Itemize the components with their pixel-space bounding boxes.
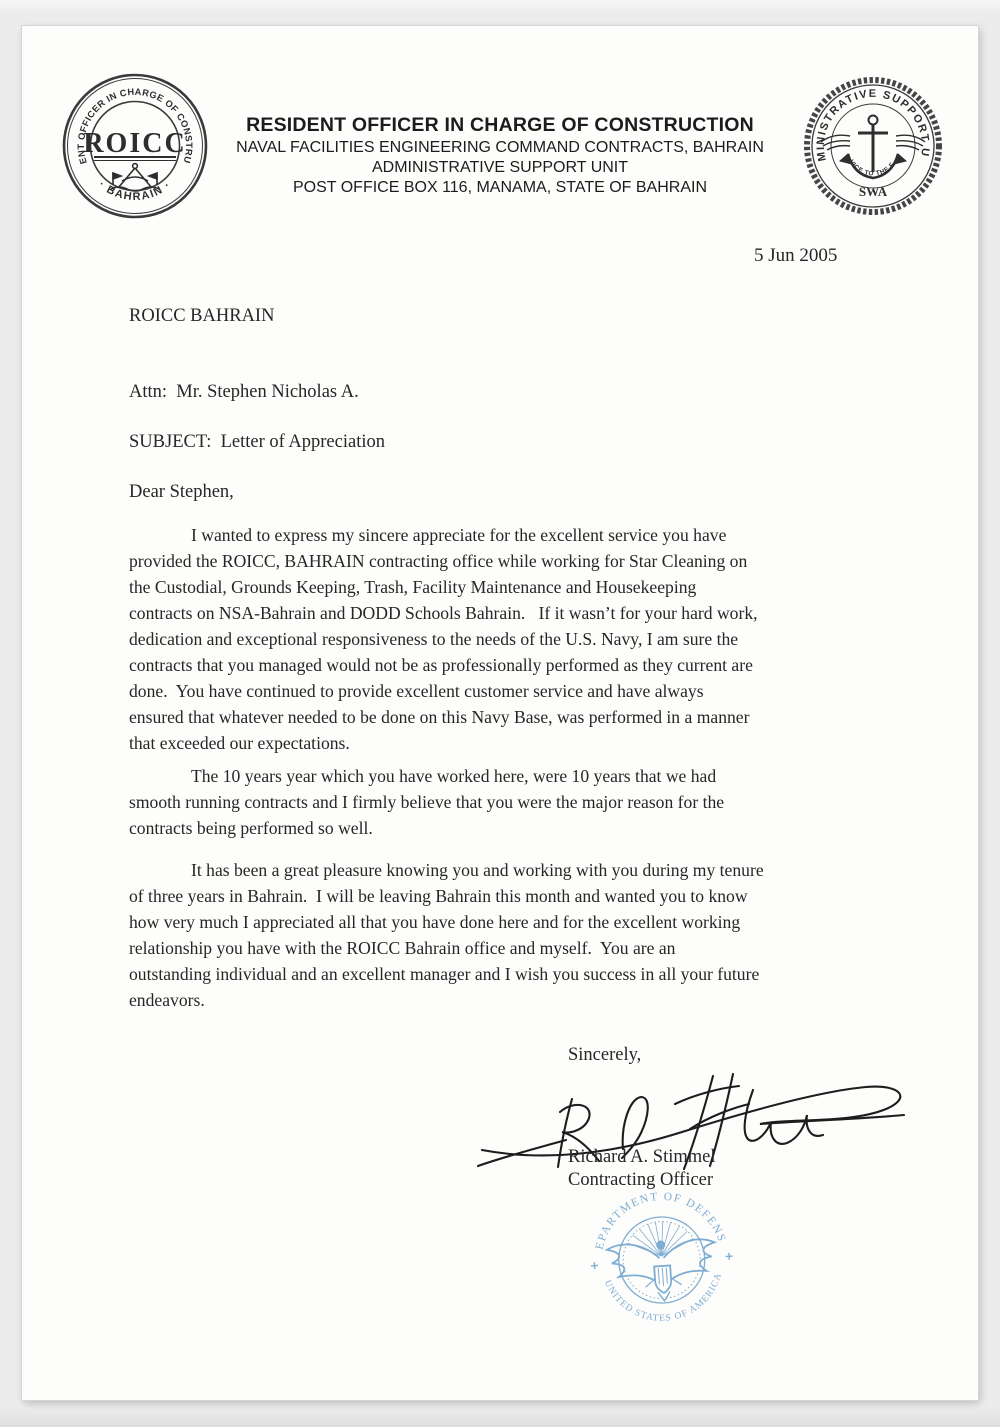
body-line: of three years in Bahrain. I will be lea… — [129, 883, 895, 909]
svg-text:ADMINISTRATIVE SUPPORT UNIT: ADMINISTRATIVE SUPPORT UNIT — [802, 75, 931, 162]
letter-from: ROICC BAHRAIN — [129, 306, 274, 327]
paragraph-3: It has been a great pleasure knowing you… — [129, 857, 895, 1013]
right-seal-bottom-text: SWA — [859, 184, 888, 199]
body-line: dedication and exceptional responsivenes… — [129, 626, 895, 652]
admin-support-unit-seal: ADMINISTRATIVE SUPPORT UNIT SERVICE TO T — [802, 75, 944, 217]
eagle-icon — [606, 1237, 718, 1305]
svg-text:UNITED STATES OF AMERICA: UNITED STATES OF AMERICA — [602, 1271, 728, 1328]
body-line: how very much I appreciated all that you… — [129, 909, 895, 935]
right-seal-ring-text: ADMINISTRATIVE SUPPORT UNIT — [802, 75, 931, 162]
letter-date: 5 Jun 2005 — [754, 245, 837, 267]
body-line: endeavors. — [129, 987, 895, 1013]
paragraph-1: I wanted to express my sincere appreciat… — [129, 522, 895, 756]
body-line: ensured that whatever needed to be done … — [129, 704, 895, 730]
letter-salutation: Dear Stephen, — [129, 482, 234, 503]
body-line: outstanding individual and an excellent … — [129, 961, 895, 987]
body-line: done. You have continued to provide exce… — [129, 678, 895, 704]
stamp-bottom-text: UNITED STATES OF AMERICA — [602, 1271, 728, 1328]
letter-page: RESIDENT OFFICER IN CHARGE OF CONSTRUCTI… — [22, 26, 978, 1400]
body-line: relationship you have with the ROICC Bah… — [129, 935, 895, 961]
body-line: the Custodial, Grounds Keeping, Trash, F… — [129, 574, 895, 600]
anchor-icon — [840, 116, 906, 179]
body-line: contracts being performed so well. — [129, 815, 895, 841]
body-line: provided the ROICC, BAHRAIN contracting … — [129, 548, 895, 574]
letter-subject: SUBJECT: Letter of Appreciation — [129, 432, 385, 453]
body-line: that exceeded our expectations. — [129, 730, 895, 756]
body-line: smooth running contracts and I firmly be… — [129, 789, 895, 815]
letter-attn: Attn: Mr. Stephen Nicholas A. — [129, 382, 359, 403]
department-of-defense-stamp: DEPARTMENT OF DEFENSE UNITED STATES OF A… — [573, 1182, 751, 1345]
body-line: It has been a great pleasure knowing you… — [129, 857, 895, 883]
signer-name: Richard A. Stimmel — [568, 1147, 715, 1168]
paragraph-2: The 10 years year which you have worked … — [129, 763, 895, 841]
body-line: contracts that you managed would not be … — [129, 652, 895, 678]
scan-background: RESIDENT OFFICER IN CHARGE OF CONSTRUCTI… — [0, 0, 1000, 1427]
body-line: contracts on NSA-Bahrain and DODD School… — [129, 600, 895, 626]
body-line: I wanted to express my sincere appreciat… — [129, 522, 895, 548]
body-line: The 10 years year which you have worked … — [129, 763, 895, 789]
